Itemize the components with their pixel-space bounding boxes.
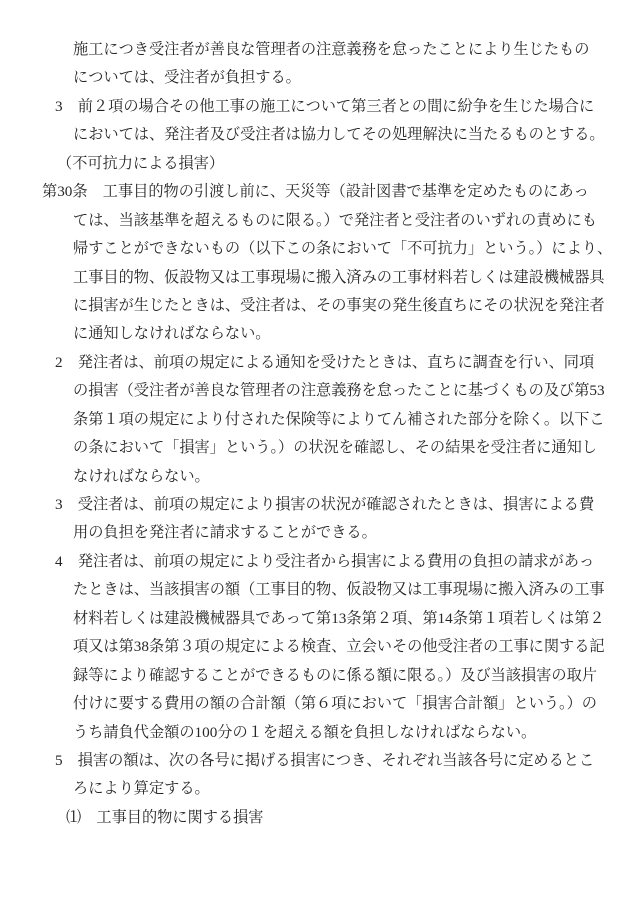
- text-line: 工事目的物、仮設物又は工事現場に搬入済みの工事材料若しくは建設機械器具: [73, 264, 594, 292]
- text-line: 施工につき受注者が善良な管理者の注意義務を怠ったことにより生じたもの: [73, 36, 594, 64]
- text-line: 帰すことができないもの（以下この条において「不可抗力」という。）により、: [73, 235, 594, 263]
- text-line: 条第１項の規定により付された保険等によりてん補された部分を除く。以下こ: [73, 406, 594, 434]
- text-line: 付けに要する費用の額の合計額（第６項において「損害合計額」という。）の: [73, 690, 594, 718]
- text-line: 用の負担を発注者に請求することができる。: [73, 519, 594, 547]
- text-line: については、受注者が負担する。: [73, 64, 594, 92]
- text-line: 材料若しくは建設機械器具であって第13条第２項、第14条第１項若しくは第２: [73, 605, 594, 633]
- text-line: 第30条 工事目的物の引渡し前に、天災等（設計図書で基準を定めたものにあっ: [42, 178, 594, 206]
- text-line: 3 前２項の場合その他工事の施工について第三者との間に紛争を生じた場合に: [55, 93, 594, 121]
- text-line: に損害が生じたときは、受注者は、その事実の発生後直ちにその状況を発注者: [73, 292, 594, 320]
- text-line: 項又は第38条第３項の規定による検査、立会いその他受注者の工事に関する記: [73, 633, 594, 661]
- text-line: ⑴ 工事目的物に関する損害: [66, 804, 594, 832]
- text-line: に通知しなければならない。: [73, 320, 594, 348]
- text-line: の条において「損害」という。）の状況を確認し、その結果を受注者に通知し: [73, 434, 594, 462]
- text-line: なければならない。: [73, 463, 594, 491]
- text-line: 4 発注者は、前項の規定により受注者から損害による費用の負担の請求があっ: [55, 548, 594, 576]
- document-page: 施工につき受注者が善良な管理者の注意義務を怠ったことにより生じたものについては、…: [0, 0, 630, 903]
- text-line: の損害（受注者が善良な管理者の注意義務を怠ったことに基づくもの及び第53: [73, 377, 594, 405]
- text-line: 5 損害の額は、次の各号に掲げる損害につき、それぞれ当該各号に定めるとこ: [55, 747, 594, 775]
- text-line: ろにより算定する。: [73, 775, 594, 803]
- text-line: ては、当該基準を超えるものに限る。）で発注者と受注者のいずれの責めにも: [73, 207, 594, 235]
- text-line: 3 受注者は、前項の規定により損害の状況が確認されたときは、損害による費: [55, 491, 594, 519]
- text-line: うち請負代金額の100分の１を超える額を負担しなければならない。: [73, 719, 594, 747]
- text-line: においては、発注者及び受注者は協力してその処理解決に当たるものとする。: [73, 121, 594, 149]
- text-line: （不可抗力による損害）: [57, 150, 594, 178]
- text-line: たときは、当該損害の額（工事目的物、仮設物又は工事現場に搬入済みの工事: [73, 576, 594, 604]
- document-body: 施工につき受注者が善良な管理者の注意義務を怠ったことにより生じたものについては、…: [42, 36, 594, 832]
- text-line: 2 発注者は、前項の規定による通知を受けたときは、直ちに調査を行い、同項: [55, 349, 594, 377]
- text-line: 録等により確認することができるものに係る額に限る。）及び当該損害の取片: [73, 662, 594, 690]
